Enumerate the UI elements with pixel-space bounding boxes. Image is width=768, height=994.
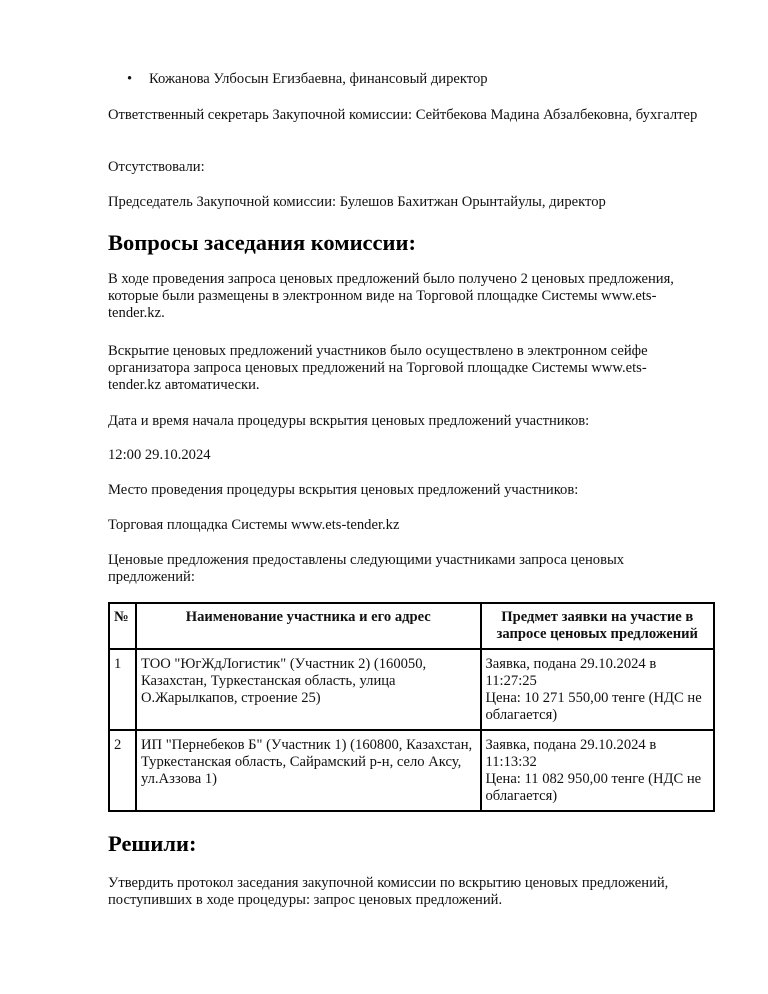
bid-cell: Заявка, подана 29.10.2024 в 11:27:25 Цен… [481,649,715,730]
participant-cell: ИП "Пернебеков Б" (Участник 1) (160800, … [136,730,481,811]
bids-intro: Ценовые предложения предоставлены следую… [108,552,668,586]
row-number: 2 [109,730,136,811]
bid-submitted: Заявка, подана 29.10.2024 в 11:13:32 [486,737,710,771]
datetime-value: 12:00 29.10.2024 [108,447,718,464]
header-number: № [109,603,136,649]
datetime-label: Дата и время начала процедуры вскрытия ц… [108,413,718,430]
row-number: 1 [109,649,136,730]
table-row: 2 ИП "Пернебеков Б" (Участник 1) (160800… [109,730,714,811]
place-label: Место проведения процедуры вскрытия цено… [108,482,718,499]
questions-paragraph-2: Вскрытие ценовых предложений участников … [108,343,683,394]
place-value: Торговая площадка Системы www.ets-tender… [108,517,718,534]
participant-cell: ТОО "ЮгЖдЛогистик" (Участник 2) (160050,… [136,649,481,730]
bids-table: № Наименование участника и его адрес Пре… [108,602,715,812]
questions-paragraph-1: В ходе проведения запроса ценовых предло… [108,271,708,322]
header-participant: Наименование участника и его адрес [136,603,481,649]
table-row: 1 ТОО "ЮгЖдЛогистик" (Участник 2) (16005… [109,649,714,730]
bid-price: Цена: 10 271 550,00 тенге (НДС не облага… [486,690,710,724]
questions-heading: Вопросы заседания комиссии: [108,230,718,256]
decision-heading: Решили: [108,831,718,857]
chairman-line: Председатель Закупочной комиссии: Булешо… [108,194,718,211]
bid-price: Цена: 11 082 950,00 тенге (НДС не облага… [486,771,710,805]
table-header-row: № Наименование участника и его адрес Пре… [109,603,714,649]
bid-cell: Заявка, подана 29.10.2024 в 11:13:32 Цен… [481,730,715,811]
bullet-icon: • [127,71,132,88]
secretary-line: Ответственный секретарь Закупочной комис… [108,107,718,124]
attendee-name: Кожанова Улбосын Егизбаевна, финансовый … [149,71,488,88]
decision-text: Утвердить протокол заседания закупочной … [108,875,708,909]
bid-submitted: Заявка, подана 29.10.2024 в 11:27:25 [486,656,710,690]
header-subject: Предмет заявки на участие в запросе цено… [481,603,715,649]
absent-label: Отсутствовали: [108,159,718,176]
